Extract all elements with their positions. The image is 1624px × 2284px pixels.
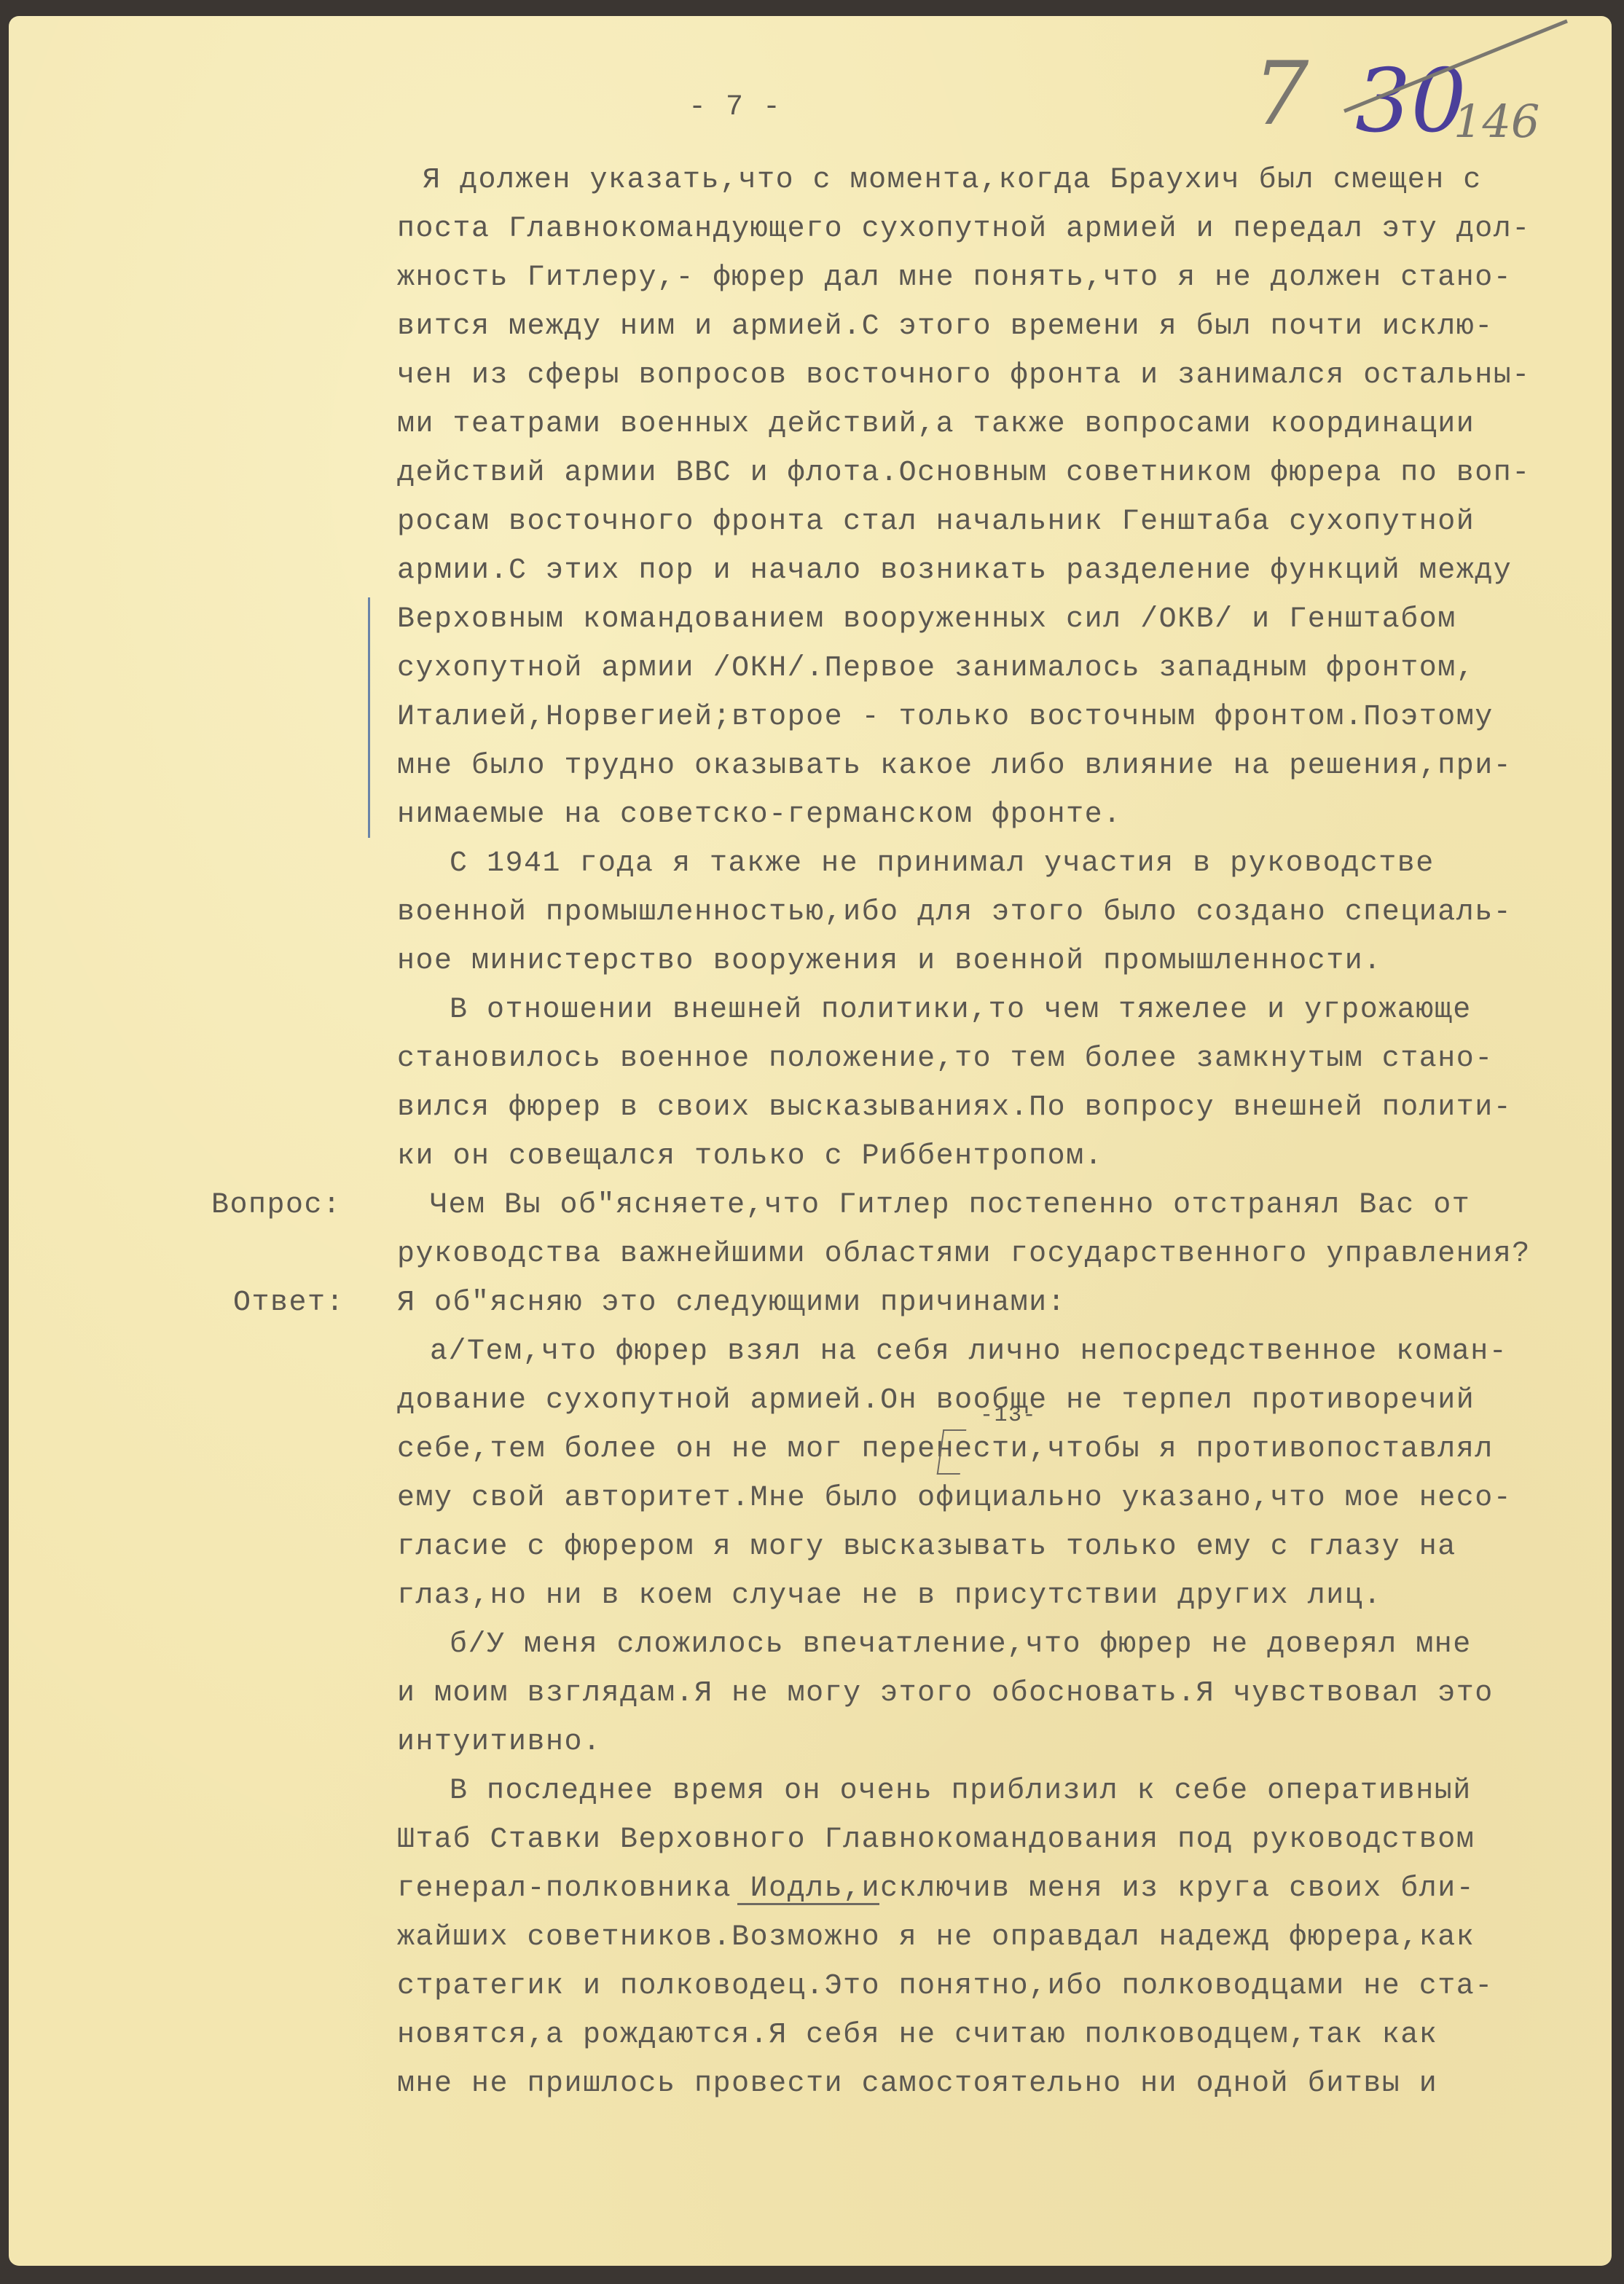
underline-mark: [737, 1903, 879, 1905]
text-line: военной промышленностью,ибо для этого бы…: [397, 898, 1512, 927]
text-line: В отношении внешней политики,то чем тяже…: [450, 996, 1472, 1025]
text-line: жайших советников.Возможно я не оправдал…: [397, 1923, 1475, 1953]
text-line: б/У меня сложилось впечатление,что фюрер…: [450, 1630, 1472, 1660]
correction-note: -13-: [980, 1405, 1037, 1426]
text-line: Я должен указать,что с момента,когда Бра…: [423, 166, 1482, 195]
text-line: и моим взглядам.Я не могу этого обоснова…: [397, 1679, 1494, 1708]
text-line: а/Тем,что фюрер взял на себя лично непос…: [430, 1338, 1507, 1367]
text-line: В последнее время он очень приблизил к с…: [450, 1777, 1472, 1806]
text-line: мне не пришлось провести самостоятельно …: [397, 2070, 1437, 2099]
text-line: ему свой авторитет.Мне было официально у…: [397, 1484, 1512, 1513]
text-line: ки он совещался только с Риббентропом.: [397, 1142, 1103, 1172]
handwritten-archive-number: 146: [1454, 95, 1539, 148]
text-line: нимаемые на советско-германском фронте.: [397, 801, 1122, 830]
text-line: ное министерство вооружения и военной пр…: [397, 947, 1382, 976]
text-line: дование сухопутной армией.Он вообще не т…: [397, 1386, 1475, 1416]
text-line: генерал-полковника Иодль,исключив меня и…: [397, 1875, 1475, 1904]
text-line: новятся,а рождаются.Я себя не считаю пол…: [397, 2021, 1437, 2050]
margin-bracket-mark: [368, 597, 377, 838]
question-label: Вопрос:: [211, 1191, 342, 1220]
text-line: Италией,Норвегией;второе - только восточ…: [397, 703, 1494, 732]
page-number: - 7 -: [689, 93, 782, 122]
text-line: чен из сферы вопросов восточного фронта …: [397, 361, 1531, 391]
text-line: действий армии ВВС и флота.Основным сове…: [397, 459, 1531, 488]
answer-label: Ответ:: [233, 1289, 345, 1318]
text-line: руководства важнейшими областями государ…: [397, 1240, 1531, 1269]
text-line: стратегик и полководец.Это понятно,ибо п…: [397, 1972, 1494, 2001]
text-line: мне было трудно оказывать какое либо вли…: [397, 752, 1512, 781]
text-line: ми театрами военных действий,а также воп…: [397, 410, 1475, 439]
text-line: гласие с фюрером я могу высказывать толь…: [397, 1533, 1456, 1562]
text-line: Я об"ясняю это следующими причинами:: [397, 1289, 1066, 1318]
text-line: интуитивно.: [397, 1728, 602, 1757]
text-line: росам восточного фронта стал начальник Г…: [397, 508, 1475, 537]
text-line: армии.С этих пор и начало возникать разд…: [397, 557, 1512, 586]
text-line: поста Главнокомандующего сухопутной арми…: [397, 215, 1531, 244]
text-line: вился фюрер в своих высказываниях.По воп…: [397, 1094, 1512, 1123]
text-line: вится между ним и армией.С этого времени…: [397, 313, 1494, 342]
text-line: Верховным командованием вооруженных сил …: [397, 605, 1456, 635]
text-line: сухопутной армии /ОКН/.Первое занималось…: [397, 654, 1475, 683]
text-line: глаз,но ни в коем случае не в присутстви…: [397, 1582, 1382, 1611]
text-line: становилось военное положение,то тем бол…: [397, 1045, 1494, 1074]
text-line: Штаб Ставки Верховного Главнокомандовани…: [397, 1826, 1475, 1855]
text-line: Чем Вы об"ясняете,что Гитлер постепенно …: [430, 1191, 1470, 1220]
handwritten-folio-number: 7: [1253, 44, 1309, 145]
text-line: жность Гитлеру,- фюрер дал мне понять,чт…: [397, 264, 1512, 293]
text-line: С 1941 года я также не принимал участия …: [450, 849, 1435, 879]
